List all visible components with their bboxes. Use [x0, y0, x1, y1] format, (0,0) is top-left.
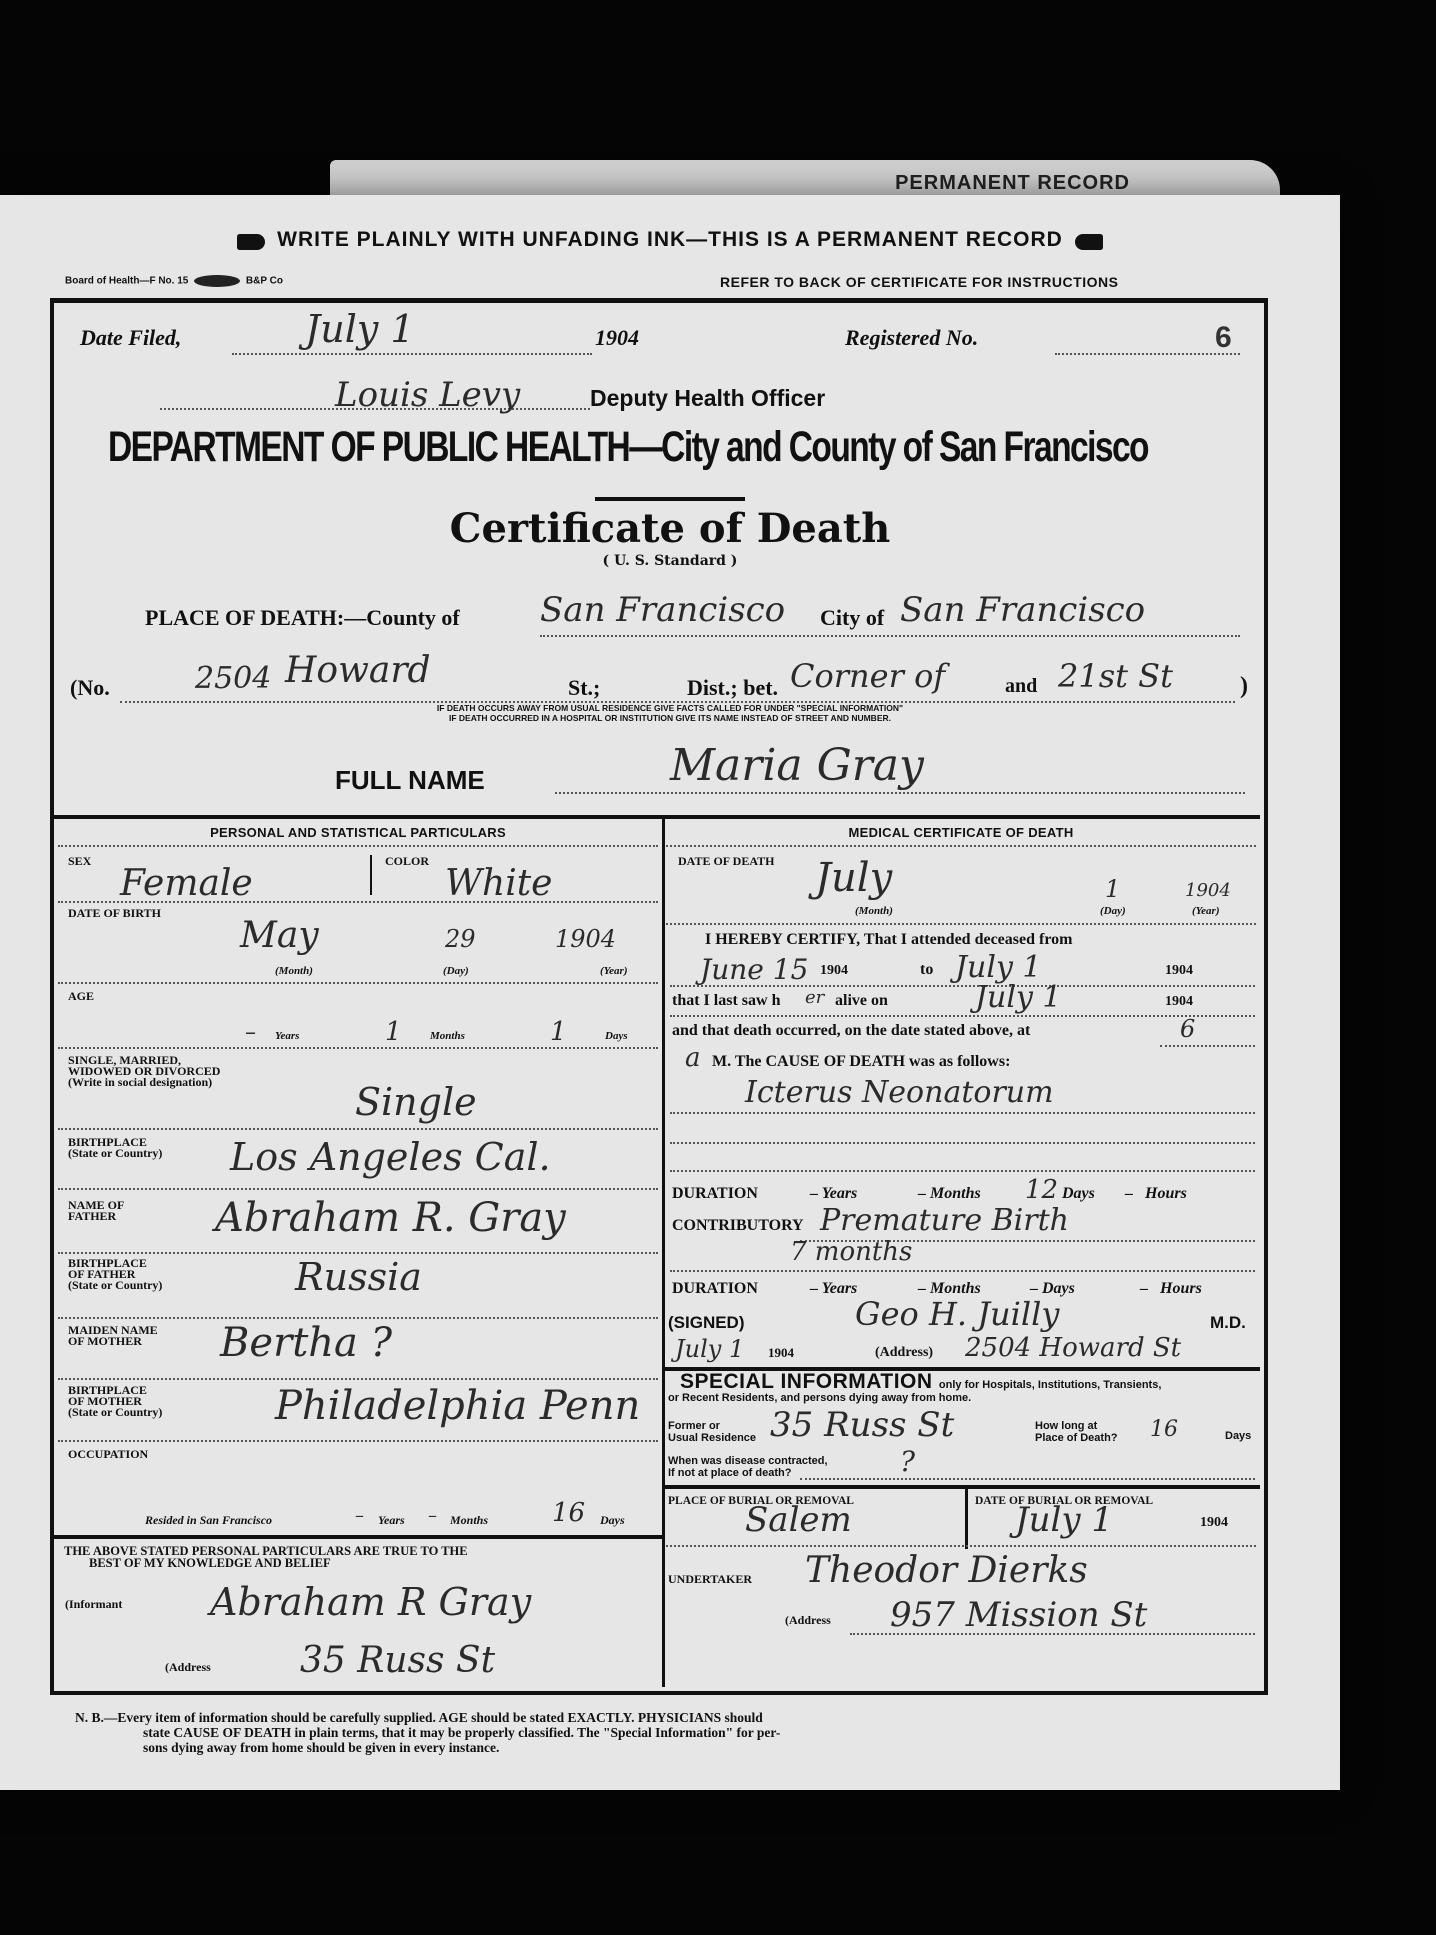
county-value: San Francisco: [540, 590, 785, 630]
attest-line-2: BEST OF MY KNOWLEDGE AND BELIEF: [64, 1557, 468, 1569]
age-years: –: [245, 1020, 256, 1045]
and-label: and: [1005, 675, 1037, 698]
form-id: Board of Health—F No. 15 B&P Co: [65, 275, 283, 287]
rule: [58, 845, 658, 847]
street-name: Howard: [285, 650, 431, 691]
mother-birthplace: Philadelphia Penn: [275, 1383, 640, 1429]
how-long-days: Days: [1225, 1430, 1251, 1442]
standard-note: ( U. S. Standard ): [0, 553, 1340, 569]
residence-label-2: Usual Residence: [668, 1432, 756, 1444]
color-value: White: [445, 863, 552, 904]
nb-footer: N. B.—Every item of information should b…: [75, 1710, 1175, 1755]
duration-years-value: –: [810, 1185, 818, 1202]
marital-label-3: (Write in social designation): [68, 1077, 220, 1088]
physician-address-label: (Address): [875, 1345, 933, 1361]
rule: [670, 1270, 1255, 1272]
how-long-label: How long at Place of Death?: [1035, 1420, 1118, 1444]
residence-label-1: Former or: [668, 1420, 756, 1432]
signed-year: 1904: [768, 1345, 794, 1361]
informant-name: Abraham R Gray: [210, 1580, 531, 1624]
father-birthplace: Russia: [295, 1255, 422, 1299]
resided-months-caption: Months: [450, 1513, 488, 1528]
rule: [58, 1252, 658, 1254]
duration-months-value: –: [918, 1185, 926, 1202]
duration-label: DURATION: [672, 1185, 758, 1203]
dod-month: July: [815, 855, 892, 901]
undertaker-name: Theodor Dierks: [805, 1550, 1088, 1591]
officer-title: Deputy Health Officer: [590, 385, 825, 412]
last-saw-year: 1904: [1165, 994, 1193, 1010]
medical-section-title: MEDICAL CERTIFICATE OF DEATH: [666, 825, 1256, 840]
union-label-icon: [194, 275, 240, 287]
rule: [58, 1378, 658, 1380]
contracted-value: ?: [900, 1445, 915, 1478]
mother-label-2: OF MOTHER: [68, 1336, 158, 1347]
between-street-2: 21st St: [1058, 657, 1173, 695]
rule: [58, 982, 658, 984]
contributory-label: CONTRIBUTORY: [672, 1217, 804, 1235]
duration2-hours: – Hours: [1140, 1280, 1202, 1298]
father-label: NAME OF FATHER: [68, 1200, 124, 1222]
informant-address-label: (Address: [165, 1660, 211, 1675]
rule: [670, 1015, 1255, 1017]
form-number: Board of Health—F No. 15: [65, 276, 188, 287]
officer-signature: Louis Levy: [335, 375, 520, 415]
printer-name: B&P Co: [246, 276, 283, 287]
time-of-death: 6: [1180, 1015, 1195, 1043]
contributory-cause-1: Premature Birth: [820, 1203, 1069, 1238]
st-label: St.;: [568, 675, 600, 701]
burial-place: Salem: [745, 1500, 852, 1540]
full-name-line: [555, 792, 1245, 794]
year-caption: (Year): [600, 965, 628, 977]
rule: [58, 1128, 658, 1130]
duration2-years-caption: Years: [822, 1280, 858, 1297]
dod-label: DATE OF DEATH: [678, 855, 774, 867]
residence-label: Former or Usual Residence: [668, 1420, 756, 1444]
rule: [58, 1188, 658, 1190]
pointing-hand-icon: [237, 234, 265, 250]
attest-text: THE ABOVE STATED PERSONAL PARTICULARS AR…: [64, 1545, 468, 1569]
attended-from: June 15: [700, 953, 808, 986]
full-name-value: Maria Gray: [670, 740, 924, 791]
undertaker-label: UNDERTAKER: [668, 1573, 752, 1585]
rule: [58, 1440, 658, 1442]
personal-section-title: PERSONAL AND STATISTICAL PARTICULARS: [58, 825, 658, 840]
dob-year: 1904: [555, 925, 616, 953]
dod-month-caption: (Month): [855, 905, 893, 917]
rule: [670, 1112, 1255, 1114]
marital-value: Single: [355, 1080, 477, 1124]
resided-label: Resided in San Francisco: [145, 1513, 272, 1528]
undertaker-address: 957 Mission St: [890, 1595, 1147, 1635]
instructions-note: REFER TO BACK OF CERTIFICATE FOR INSTRUC…: [720, 274, 1118, 290]
duration2-years: – Years: [810, 1280, 857, 1298]
attended-from-year: 1904: [820, 963, 848, 979]
months-caption: Months: [430, 1030, 465, 1042]
undertaker-address-label: (Address: [785, 1613, 831, 1628]
dod-day: 1: [1105, 875, 1120, 903]
special-title: SPECIAL INFORMATION only for Hospitals, …: [680, 1370, 1161, 1394]
certify-text: I HEREBY CERTIFY, That I attended deceas…: [705, 931, 1072, 949]
signed-label: (SIGNED): [668, 1313, 745, 1333]
contributory-cause-2: 7 months: [790, 1237, 912, 1267]
color-label: COLOR: [385, 855, 429, 867]
nb-line-1: Every item of information should be care…: [117, 1710, 762, 1725]
duration-days: 12: [1025, 1175, 1058, 1205]
duration-months-caption: Months: [930, 1185, 981, 1202]
dod-year-caption: (Year): [1192, 905, 1220, 917]
place-note-line-2: IF DEATH OCCURRED IN A HOSPITAL OR INSTI…: [0, 713, 1340, 723]
rule: [800, 1478, 1255, 1480]
nb-label: N. B.—: [75, 1710, 117, 1725]
special-title-text: SPECIAL INFORMATION: [680, 1370, 933, 1393]
sex-label: SEX: [68, 855, 91, 867]
registered-label: Registered No.: [845, 325, 978, 351]
mother-label: MAIDEN NAME OF MOTHER: [68, 1325, 158, 1347]
place-of-death-label: PLACE OF DEATH:—County of: [145, 605, 460, 631]
meridiem: a: [685, 1043, 701, 1073]
usual-residence: 35 Russ St: [770, 1405, 954, 1445]
rule: [670, 985, 1255, 987]
last-saw-label: that I last saw h: [672, 992, 780, 1010]
certificate-title: Certificate of Death: [0, 505, 1340, 552]
rule: [666, 1545, 1256, 1547]
banner: WRITE PLAINLY WITH UNFADING INK—THIS IS …: [125, 228, 1215, 252]
resided-days-caption: Days: [600, 1513, 625, 1528]
contracted-label-1: When was disease contracted,: [668, 1455, 828, 1467]
rule: [58, 1047, 658, 1049]
rule: [670, 1142, 1255, 1144]
street-no-label: (No.: [70, 675, 110, 701]
back-sheet-text: PERMANENT RECORD: [895, 172, 1130, 195]
cause-text: M. The CAUSE OF DEATH was as follows:: [712, 1053, 1010, 1071]
month-caption: (Month): [275, 965, 313, 977]
mother-birthplace-label: BIRTHPLACE OF MOTHER (State or Country): [68, 1385, 162, 1418]
duration-hours: – Hours: [1125, 1185, 1187, 1203]
personal-bottom-rule: [54, 1535, 662, 1539]
how-long-label-2: Place of Death?: [1035, 1432, 1118, 1444]
rule: [666, 923, 1256, 925]
birthplace-label: BIRTHPLACE (State or Country): [68, 1137, 162, 1159]
days-caption: Days: [605, 1030, 628, 1042]
informant-address: 35 Russ St: [300, 1640, 495, 1681]
place-line: [540, 635, 1240, 637]
rule: [850, 1633, 1255, 1635]
rule: [1160, 1045, 1255, 1047]
last-saw-date: July 1: [975, 980, 1062, 1015]
date-filed-line: [232, 353, 592, 355]
rule: [670, 1170, 1255, 1172]
age-label: AGE: [68, 990, 94, 1002]
signed-date: July 1: [675, 1335, 744, 1363]
between-street-1: Corner of: [790, 657, 945, 695]
last-saw-pronoun: er: [805, 987, 824, 1008]
birthplace-value: Los Angeles Cal.: [230, 1135, 551, 1179]
years-caption: Years: [275, 1030, 299, 1042]
contracted-label: When was disease contracted, If not at p…: [668, 1455, 828, 1479]
duration-days-caption: Days: [1062, 1185, 1095, 1203]
dob-month: May: [240, 915, 319, 956]
dod-day-caption: (Day): [1100, 905, 1126, 917]
sex-color-divider: [370, 855, 372, 895]
sex-value: Female: [120, 863, 253, 904]
father-birthplace-label: BIRTHPLACE OF FATHER (State or Country): [68, 1258, 162, 1291]
resided-days: 16: [552, 1498, 585, 1528]
full-name-label: FULL NAME: [335, 765, 485, 796]
duration2-hours-caption: Hours: [1160, 1280, 1202, 1297]
occurred-text: and that death occurred, on the date sta…: [672, 1022, 1030, 1040]
special-subtitle-2: or Recent Residents, and persons dying a…: [668, 1392, 971, 1404]
banner-text: WRITE PLAINLY WITH UNFADING INK—THIS IS …: [277, 228, 1063, 251]
alive-on-label: alive on: [835, 992, 888, 1010]
city-label: City of: [820, 605, 884, 631]
nb-line-2: state CAUSE OF DEATH in plain terms, tha…: [75, 1725, 1175, 1740]
date-filed-value: July 1: [305, 307, 415, 351]
birthplace-label-2: (State or Country): [68, 1148, 162, 1159]
mother-birthplace-label-3: (State or Country): [68, 1407, 162, 1418]
place-note: IF DEATH OCCURS AWAY FROM USUAL RESIDENC…: [0, 703, 1340, 723]
marital-label: SINGLE, MARRIED, WIDOWED OR DIVORCED (Wr…: [68, 1055, 220, 1088]
column-divider: [662, 817, 665, 1687]
title-divider: [595, 497, 745, 501]
burial-year: 1904: [1200, 1515, 1228, 1531]
physician-signature: Geo H. Juilly: [855, 1295, 1059, 1333]
resided-years: –: [355, 1505, 364, 1526]
duration2-hours-value: –: [1140, 1280, 1148, 1297]
father-name: Abraham R. Gray: [215, 1195, 566, 1241]
how-long-value: 16: [1150, 1417, 1178, 1442]
pointing-hand-icon: [1075, 234, 1103, 250]
how-long-label-1: How long at: [1035, 1420, 1118, 1432]
dob-day: 29: [445, 925, 476, 953]
date-filed-label: Date Filed,: [80, 325, 181, 351]
street-number: 2504: [195, 661, 271, 696]
rule: [58, 1317, 658, 1319]
duration-years: – Years: [810, 1185, 857, 1203]
father-label-2: FATHER: [68, 1211, 124, 1222]
duration2-years-value: –: [810, 1280, 818, 1297]
to-label: to: [920, 961, 933, 979]
age-days: 1: [550, 1017, 567, 1047]
duration-hours-caption: Hours: [1145, 1185, 1187, 1202]
special-subtitle: only for Hospitals, Institutions, Transi…: [939, 1379, 1161, 1391]
special-bottom-rule: [665, 1485, 1260, 1489]
death-certificate-paper: WRITE PLAINLY WITH UNFADING INK—THIS IS …: [0, 195, 1340, 1790]
informant-label: (Informant: [65, 1597, 122, 1612]
dod-year: 1904: [1185, 880, 1231, 901]
mother-name: Bertha ?: [220, 1320, 392, 1366]
burial-divider: [965, 1489, 968, 1549]
registered-line: [1055, 353, 1240, 355]
cause-of-death: Icterus Neonatorum: [745, 1075, 1054, 1110]
nb-line-3: sons dying away from home should be give…: [75, 1740, 1175, 1755]
city-value: San Francisco: [900, 590, 1145, 630]
close-paren: ): [1240, 673, 1248, 700]
resided-months: –: [428, 1505, 437, 1526]
burial-date: July 1: [1015, 1500, 1113, 1540]
section-divider: [54, 815, 1260, 819]
resided-years-caption: Years: [378, 1513, 405, 1528]
duration-months: – Months: [918, 1185, 981, 1203]
registered-number: 6: [1215, 321, 1232, 355]
duration2-label: DURATION: [672, 1280, 758, 1298]
department-title: DEPARTMENT OF PUBLIC HEALTH—City and Cou…: [108, 423, 1148, 472]
attended-to-year: 1904: [1165, 963, 1193, 979]
place-note-line-1: IF DEATH OCCURS AWAY FROM USUAL RESIDENC…: [0, 703, 1340, 713]
md-label: M.D.: [1210, 1313, 1246, 1333]
duration-hours-value: –: [1125, 1185, 1133, 1202]
day-caption: (Day): [443, 965, 469, 977]
father-birthplace-label-3: (State or Country): [68, 1280, 162, 1291]
occupation-label: OCCUPATION: [68, 1448, 148, 1460]
physician-address: 2504 Howard St: [965, 1333, 1181, 1363]
age-months: 1: [385, 1017, 402, 1047]
duration-years-caption: Years: [822, 1185, 858, 1202]
date-filed-year: 1904: [595, 325, 639, 351]
rule: [666, 845, 1256, 847]
rule: [58, 901, 658, 903]
dist-label: Dist.; bet.: [687, 675, 778, 701]
dob-label: DATE OF BIRTH: [68, 907, 161, 919]
